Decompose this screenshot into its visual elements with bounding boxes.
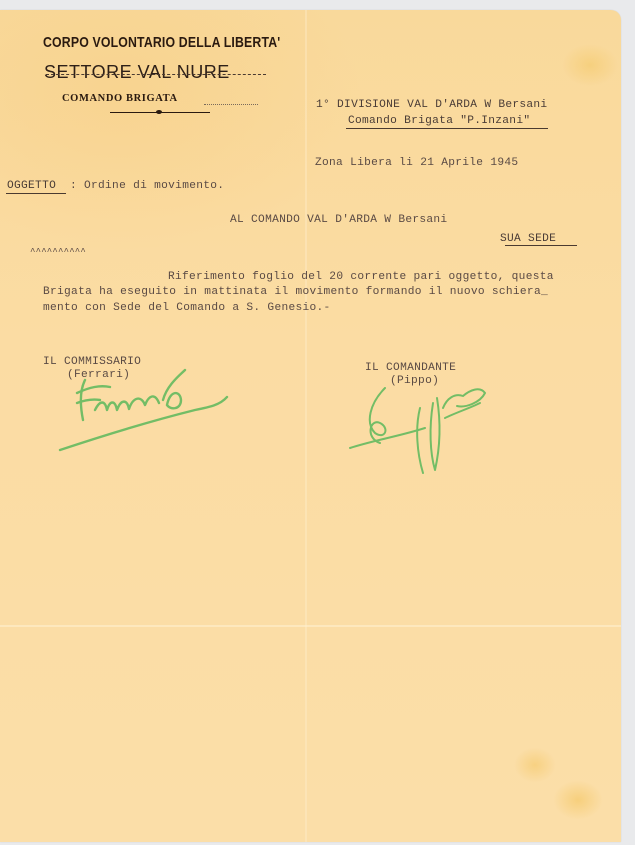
sender-brigade: Comando Brigata "P.Inzani" xyxy=(348,115,530,127)
dotted-line xyxy=(204,104,258,105)
caret-divider: ^^^^^^^^^^ xyxy=(30,247,86,257)
recipient-line1: AL COMANDO VAL D'ARDA W Bersani xyxy=(230,214,447,226)
subject-separator: : xyxy=(70,180,77,192)
paper-fold xyxy=(305,10,307,842)
signatory-right-title: IL COMANDANTE xyxy=(365,362,456,374)
underline xyxy=(6,193,66,194)
sender-division: 1° DIVISIONE VAL D'ARDA W Bersani xyxy=(316,99,547,111)
underline xyxy=(505,245,577,246)
signature-left-icon xyxy=(55,365,235,460)
signature-right-icon xyxy=(345,378,495,478)
body-line-2: Brigata ha eseguito in mattinata il movi… xyxy=(43,286,548,298)
body-line-1: Riferimento foglio del 20 corrente pari … xyxy=(168,271,554,283)
body-line-3: mento con Sede del Comando a S. Genesio.… xyxy=(43,302,331,314)
subject-text: Ordine di movimento. xyxy=(84,180,224,192)
letterhead-unit: COMANDO BRIGATA xyxy=(62,93,178,104)
ornament-divider xyxy=(110,112,210,113)
letterhead-sector: SETTORE VAL NURE xyxy=(44,62,230,83)
recipient-line2: SUA SEDE xyxy=(500,233,556,245)
subject-label: OGGETTO xyxy=(7,180,56,192)
place-date: Zona Libera li 21 Aprile 1945 xyxy=(315,157,518,169)
letterhead-organization: CORPO VOLONTARIO DELLA LIBERTA' xyxy=(43,34,280,51)
strikethrough-line xyxy=(46,74,266,75)
underline xyxy=(346,128,548,129)
paper-fold xyxy=(0,625,621,627)
